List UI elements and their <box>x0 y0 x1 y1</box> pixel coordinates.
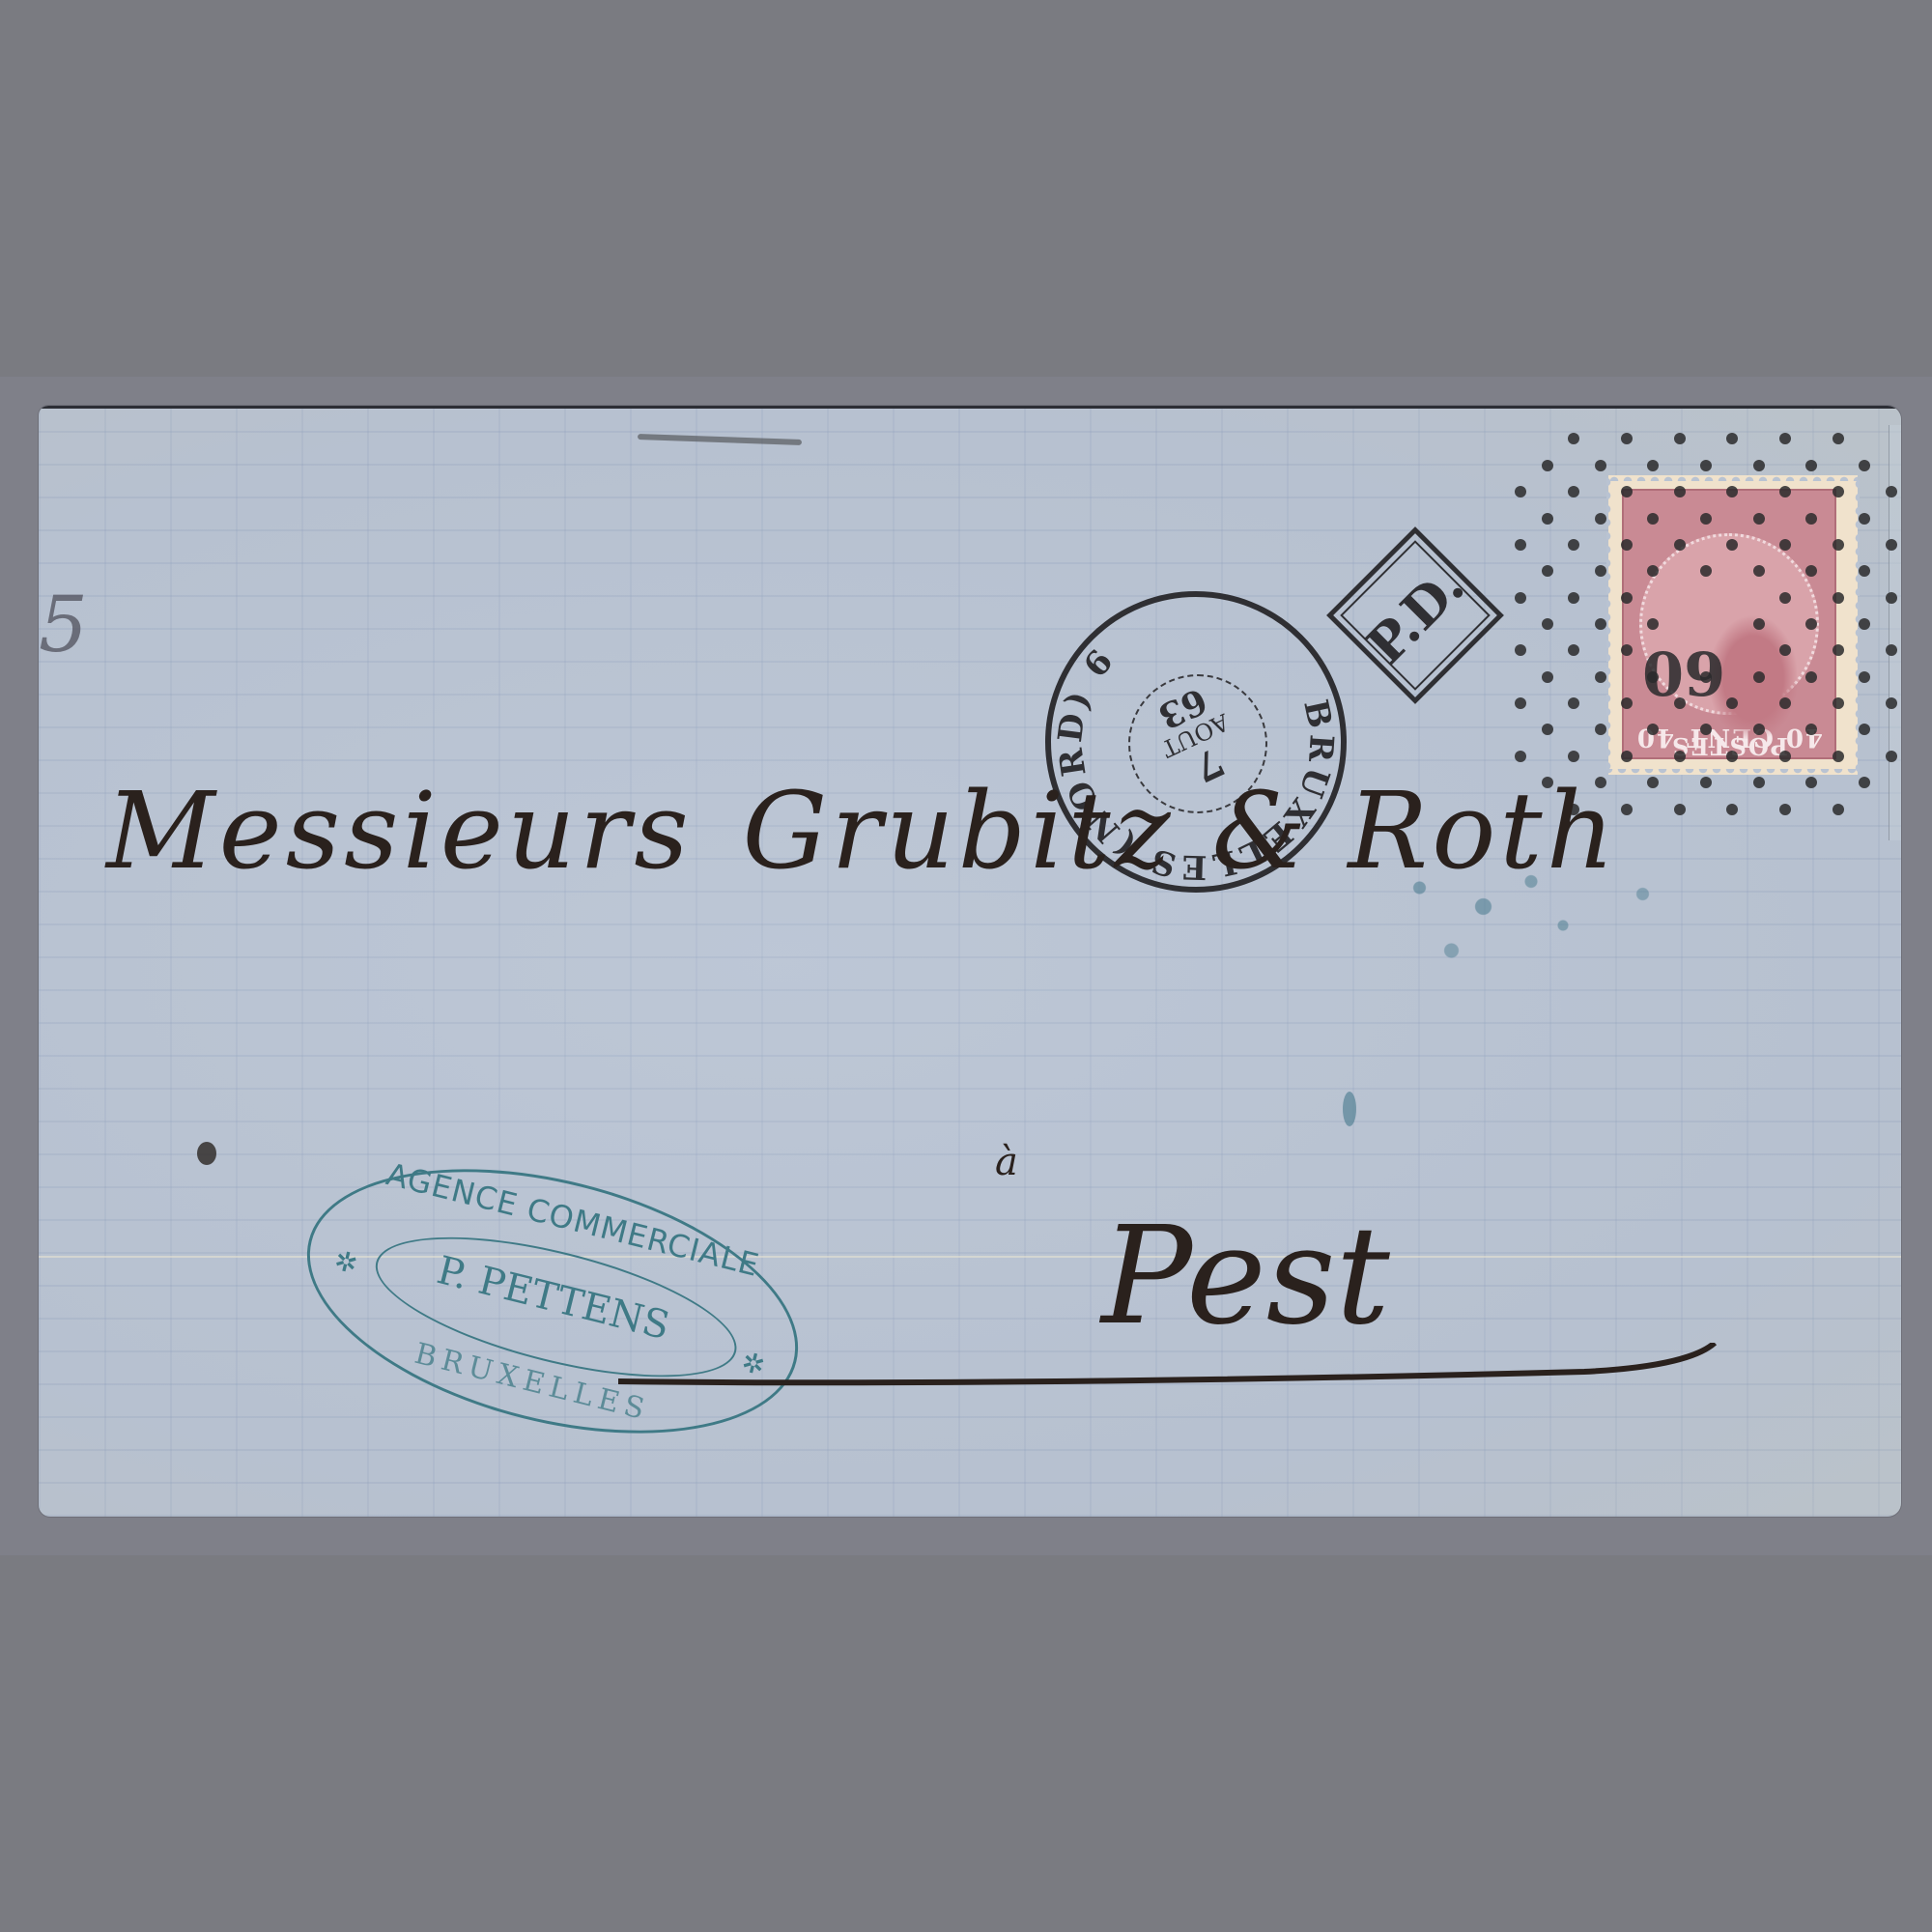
cancel-dot <box>1753 671 1765 683</box>
cancel-dot <box>1886 486 1897 497</box>
cancel-dot <box>1595 565 1606 577</box>
cancel-dot <box>1595 513 1606 525</box>
cancel-dot <box>1595 671 1606 683</box>
cancel-dot <box>1674 804 1686 815</box>
stamp-perforation-top <box>1608 473 1858 481</box>
address-line-addressee: Messieurs Grubitz & Roth <box>106 734 1618 902</box>
cancel-dot <box>1647 513 1659 525</box>
cancel-dot <box>1833 804 1844 815</box>
address-preposition: à <box>995 1140 1018 1184</box>
cancel-dot <box>1568 539 1579 551</box>
cancel-dot <box>1542 513 1553 525</box>
cancel-dot <box>1753 777 1765 788</box>
cancel-dot <box>1859 460 1870 471</box>
cancel-dot <box>1542 460 1553 471</box>
cancel-dot <box>1886 697 1897 709</box>
address-underline-flourish <box>618 1343 1719 1401</box>
cancel-dot <box>1621 592 1633 604</box>
cancel-dot <box>1886 592 1897 604</box>
cancel-dot <box>1753 460 1765 471</box>
cancel-dot <box>1833 751 1844 762</box>
address-city: Pest <box>1101 1198 1390 1355</box>
cancel-dot <box>1779 539 1791 551</box>
cancel-dot <box>1779 804 1791 815</box>
cancel-dot <box>1886 539 1897 551</box>
cancel-dot <box>1833 486 1844 497</box>
cancel-dot <box>1700 513 1712 525</box>
cancel-dot <box>1674 751 1686 762</box>
cancel-dot <box>1700 460 1712 471</box>
cancel-dot <box>1753 565 1765 577</box>
cancel-dot <box>1886 644 1897 656</box>
cancel-dot <box>1621 539 1633 551</box>
cancel-numeral: 60 <box>1642 638 1725 708</box>
cancel-dot <box>1779 592 1791 604</box>
cancel-dot <box>1568 592 1579 604</box>
cancel-dot <box>1621 751 1633 762</box>
pencil-notation: 5 <box>39 580 88 669</box>
cancel-dot <box>1753 513 1765 525</box>
cancel-dot <box>1833 697 1844 709</box>
cancel-dot <box>1753 618 1765 630</box>
cancel-dot <box>1542 671 1553 683</box>
cancel-dot <box>1726 804 1738 815</box>
cancel-dot <box>1833 592 1844 604</box>
cancel-dot <box>1886 751 1897 762</box>
cancel-dot <box>1674 539 1686 551</box>
cancel-dot <box>1779 751 1791 762</box>
stamp-perforation-left <box>1606 475 1614 775</box>
cancel-dot <box>1542 565 1553 577</box>
cancel-dot <box>1833 539 1844 551</box>
pd-text: P.D. <box>1354 554 1476 676</box>
cancel-dot <box>1805 513 1817 525</box>
cancel-dot <box>1859 671 1870 683</box>
cancel-dot <box>1595 460 1606 471</box>
cancel-dot <box>1621 486 1633 497</box>
address-name: Grubitz & Roth <box>742 769 1618 893</box>
postage-stamp: 40 CENT 40 POSTES <box>1608 475 1858 775</box>
cancel-dot <box>1674 486 1686 497</box>
stamp-perforation-bottom <box>1608 769 1858 777</box>
cover-top-edge <box>39 406 1901 409</box>
blue-ink-spot <box>1343 1092 1356 1126</box>
cancel-dot <box>1621 804 1633 815</box>
cancel-dot <box>1647 460 1659 471</box>
cancel-dot <box>1542 618 1553 630</box>
ink-blot <box>197 1142 216 1165</box>
cancel-dot <box>1859 513 1870 525</box>
address-salutation: Messieurs <box>106 769 693 893</box>
cancel-dot <box>1595 618 1606 630</box>
cancel-dot <box>1621 697 1633 709</box>
